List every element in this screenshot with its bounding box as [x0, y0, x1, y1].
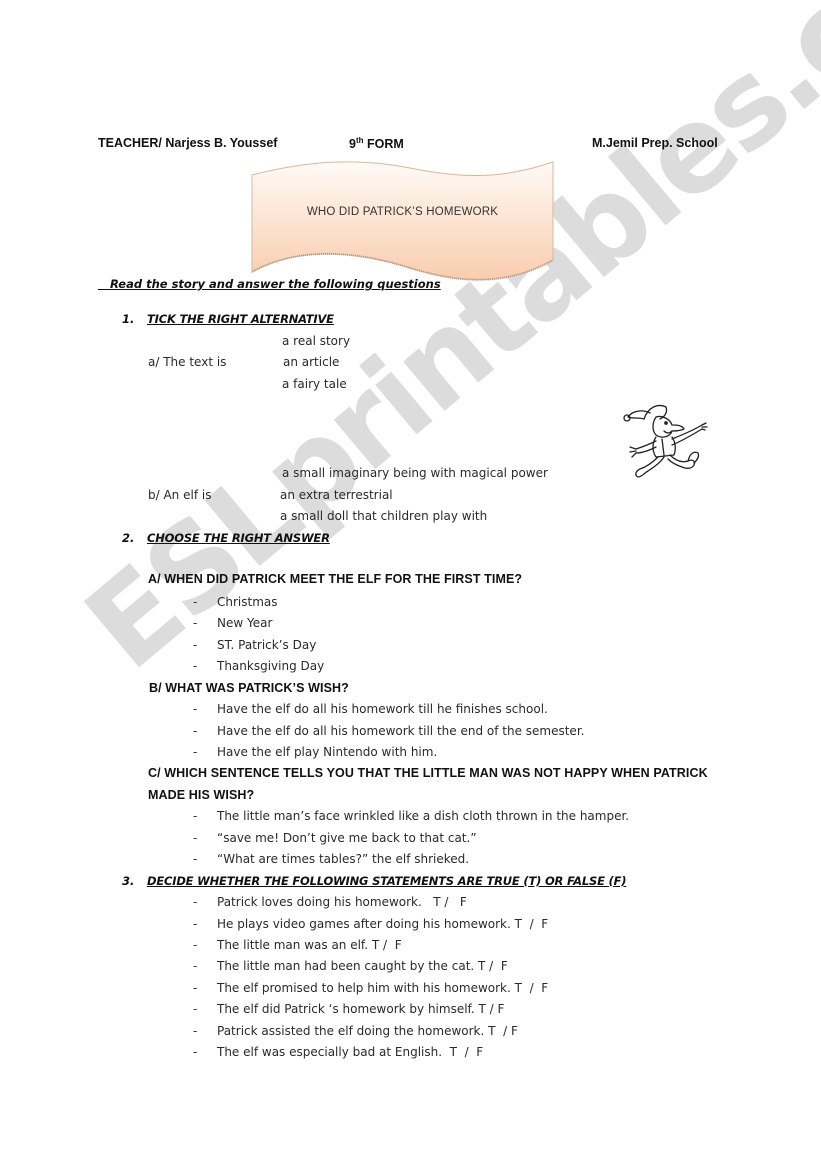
bullet: -: [193, 895, 197, 909]
bullet: -: [193, 959, 197, 973]
watermark: ESLprintables.com: [60, 0, 821, 696]
question-2c-line2: MADE HIS WISH?: [148, 788, 254, 802]
option-a-2: an article: [283, 355, 339, 369]
section-2-number: 2.: [122, 531, 134, 545]
option-2b-3: Have the elf play Nintendo with him.: [217, 745, 437, 759]
teacher-name: TEACHER/ Narjess B. Youssef: [98, 136, 277, 150]
statement-3: The little man was an elf. T / F: [217, 938, 402, 952]
section-1-title: TICK THE RIGHT ALTERNATIVE: [147, 312, 334, 326]
option-2b-1: Have the elf do all his homework till he…: [217, 702, 548, 716]
bullet: -: [193, 981, 197, 995]
question-2c-line1: C/ WHICH SENTENCE TELLS YOU THAT THE LIT…: [148, 766, 708, 780]
bullet: -: [193, 852, 197, 866]
bullet: -: [193, 724, 197, 738]
title-banner: [250, 160, 555, 285]
bullet: -: [193, 745, 197, 759]
section-2-title: CHOOSE THE RIGHT ANSWER: [147, 531, 330, 545]
option-a-3: a fairy tale: [282, 377, 347, 391]
option-2a-1: Christmas: [217, 595, 278, 609]
statement-7: Patrick assisted the elf doing the homew…: [217, 1024, 518, 1038]
school-name: M.Jemil Prep. School: [592, 136, 718, 150]
bullet: -: [193, 1002, 197, 1016]
worksheet-title: WHO DID PATRICK’S HOMEWORK: [250, 206, 555, 218]
option-b-1: a small imaginary being with magical pow…: [282, 466, 548, 480]
option-2a-4: Thanksgiving Day: [217, 659, 324, 673]
statement-6: The elf did Patrick ‘s homework by himse…: [217, 1002, 504, 1016]
question-a-stem: a/ The text is: [148, 355, 226, 369]
option-2c-3: “What are times tables?” the elf shrieke…: [217, 852, 469, 866]
section-3-number: 3.: [122, 874, 134, 888]
running-elf-icon: [622, 395, 708, 481]
bullet: -: [193, 595, 197, 609]
option-b-2: an extra terrestrial: [280, 488, 393, 502]
statement-4: The little man had been caught by the ca…: [217, 959, 508, 973]
bullet: -: [193, 917, 197, 931]
statement-1: Patrick loves doing his homework. T / F: [217, 895, 467, 909]
question-2a: A/ WHEN DID PATRICK MEET THE ELF FOR THE…: [148, 572, 522, 586]
form-level: 9th FORM: [349, 136, 404, 151]
bullet: -: [193, 831, 197, 845]
form-label: FORM: [367, 137, 404, 151]
bullet: -: [193, 638, 197, 652]
form-suffix: th: [356, 136, 364, 145]
instruction: Read the story and answer the following …: [98, 277, 441, 291]
option-2a-2: New Year: [217, 616, 272, 630]
option-2a-3: ST. Patrick’s Day: [217, 638, 316, 652]
form-number: 9: [349, 137, 356, 151]
bullet: -: [193, 1045, 197, 1059]
statement-8: The elf was especially bad at English. T…: [217, 1045, 483, 1059]
section-1-number: 1.: [122, 312, 134, 326]
option-2b-2: Have the elf do all his homework till th…: [217, 724, 584, 738]
bullet: -: [193, 938, 197, 952]
bullet: -: [193, 616, 197, 630]
option-a-1: a real story: [282, 334, 350, 348]
statement-2: He plays video games after doing his hom…: [217, 917, 548, 931]
question-b-stem: b/ An elf is: [148, 488, 211, 502]
question-2b: B/ WHAT WAS PATRICK’S WISH?: [149, 681, 349, 695]
option-b-3: a small doll that children play with: [280, 509, 487, 523]
bullet: -: [193, 702, 197, 716]
bullet: -: [193, 659, 197, 673]
bullet: -: [193, 1024, 197, 1038]
option-2c-1: The little man’s face wrinkled like a di…: [217, 809, 629, 823]
statement-5: The elf promised to help him with his ho…: [217, 981, 548, 995]
bullet: -: [193, 809, 197, 823]
option-2c-2: “save me! Don’t give me back to that cat…: [217, 831, 477, 845]
section-3-title: DECIDE WHETHER THE FOLLOWING STATEMENTS …: [147, 874, 626, 888]
